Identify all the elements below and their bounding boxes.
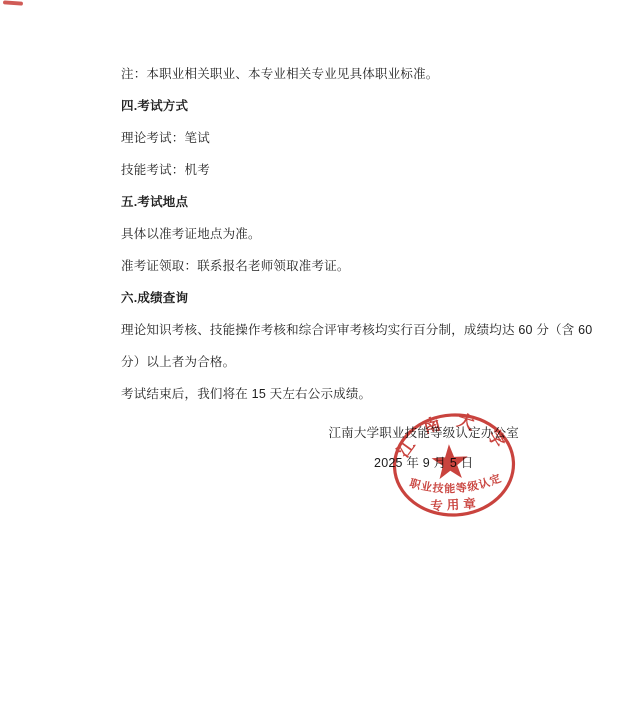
official-seal: 江南大学 职业技能等级认定 专用章 — [389, 410, 518, 520]
heading-exam-method: 四.考试方式 — [121, 100, 521, 113]
red-pen-mark — [3, 0, 23, 7]
seal-svg: 江南大学 职业技能等级认定 专用章 — [389, 410, 518, 520]
score-rule-line-1: 理论知识考核、技能操作考核和综合评审考核均实行百分制，成绩均达 60 分（含 6… — [121, 324, 521, 337]
skill-exam-line: 技能考试：机考 — [121, 164, 521, 177]
seal-purpose-text: 职业技能等级认定 — [407, 470, 504, 497]
note-line: 注：本职业相关职业、本专业相关专业见具体职业标准。 — [121, 68, 521, 81]
score-rule-line-2: 分）以上者为合格。 — [121, 356, 521, 369]
admission-ticket-line: 准考证领取：联系报名老师领取准考证。 — [121, 260, 521, 273]
document-page: 注：本职业相关职业、本专业相关专业见具体职业标准。 四.考试方式 理论考试：笔试… — [0, 0, 629, 728]
heading-score-query: 六.成绩查询 — [121, 292, 521, 305]
score-publish-line: 考试结束后，我们将在 15 天左右公示成绩。 — [121, 388, 521, 401]
exam-location-line: 具体以准考证地点为准。 — [121, 228, 521, 241]
heading-exam-location: 五.考试地点 — [121, 196, 521, 209]
theory-exam-line: 理论考试：笔试 — [121, 132, 521, 145]
seal-purpose-arc: 职业技能等级认定 — [407, 470, 504, 497]
star-icon — [431, 443, 469, 479]
red-pen-mark-stroke — [3, 0, 23, 5]
seal-label-text: 专用章 — [430, 496, 480, 514]
